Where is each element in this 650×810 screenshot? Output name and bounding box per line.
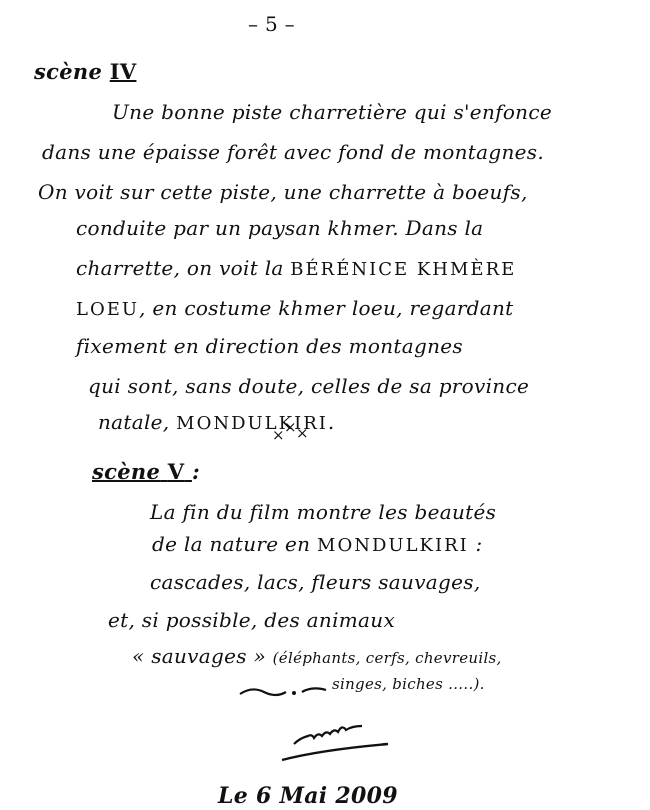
date: Le 6 Mai 2009 [218,784,398,808]
character-name-cont: LOEU [76,299,139,320]
scene-4-line-1: Une bonne piste charretière qui s'enfonc… [112,100,552,124]
scene-5-line-4: et, si possible, des animaux [108,608,395,632]
scene-4-line-5-text: charrette, on voit la [76,256,284,280]
scene-4-line-6-text: , en costume khmer loeu, regardant [139,296,514,320]
scene-4-line-5: charrette, on voit la BÉRÉNICE KHMÈRE [76,256,516,282]
manuscript-page: – 5 – scène IV Une bonne piste charretiè… [0,0,650,810]
scene-5-heading-numeral: V [168,459,185,484]
period: . [328,410,335,434]
end-mark-squiggle-icon [238,680,328,702]
scene-5-line-1: La fin du film montre les beautés [150,500,496,524]
scene-4-line-2: dans une épaisse forêt avec fond de mont… [42,140,544,164]
star-mark: × [296,424,309,442]
province-name: MONDULKIRI [317,535,469,556]
scene-4-line-3: On voit sur cette piste, une charrette à… [38,180,528,204]
scene-5-heading: scène V : [92,460,200,484]
star-mark: × [272,426,285,444]
scene-4-heading-word: scène [34,59,102,84]
scene-5-line-5: « sauvages » (éléphants, cerfs, chevreui… [132,644,502,670]
scene-4-heading-numeral: IV [110,59,137,84]
scene-4-line-4: conduite par un paysan khmer. Dans la [76,216,483,240]
character-name: BÉRÉNICE KHMÈRE [290,259,516,280]
scene-5-line-2-text: de la nature en [152,532,310,556]
colon: : [475,532,482,556]
sauvages-quoted: « sauvages » [132,644,266,668]
scene-5-heading-underlined: scène V [92,459,192,484]
scene-5-line-2: de la nature en MONDULKIRI : [152,532,482,558]
scene-5-heading-word: scène [92,459,160,484]
page-number: – 5 – [248,12,295,36]
star-mark: × [284,418,297,436]
signature-icon [280,720,395,770]
scene-4-heading: scène IV [34,60,136,84]
scene-4-line-8: qui sont, sans doute, celles de sa provi… [88,374,529,398]
scene-5-line-6: singes, biches .....). [332,672,485,696]
scene-5-line-3: cascades, lacs, fleurs sauvages, [150,570,480,594]
scene-5-heading-colon: : [192,459,200,484]
animals-list: (éléphants, cerfs, chevreuils, [273,649,502,667]
scene-4-line-7: fixement en direction des montagnes [76,334,463,358]
scene-4-line-6: LOEU, en costume khmer loeu, regardant [76,296,514,322]
scene-4-line-9-text: natale, [98,410,169,434]
